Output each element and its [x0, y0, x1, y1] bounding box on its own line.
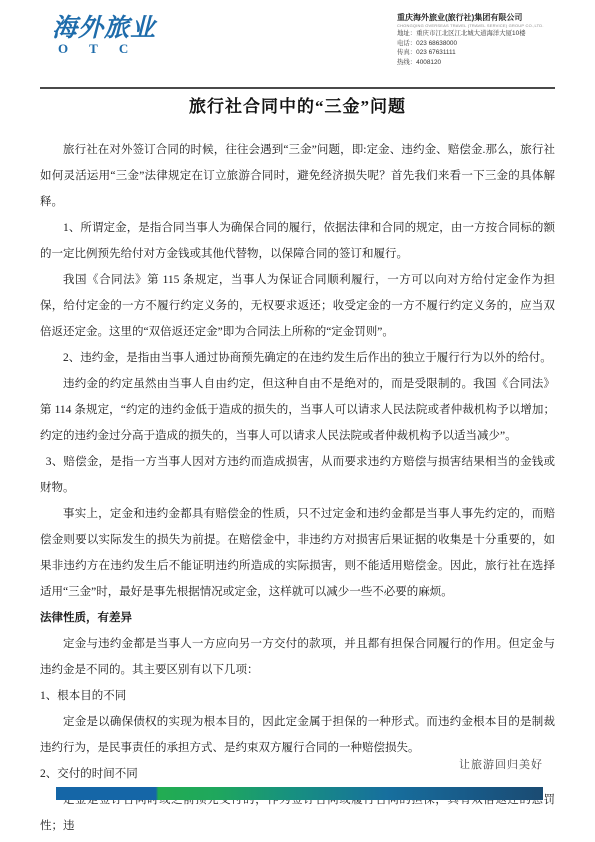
paragraph: 定金与违约金都是当事人一方应向另一方交付的款项，并且都有担保合同履行的作用。但定… — [40, 631, 555, 683]
document-body: 旅行社在对外签订合同的时候，往往会遇到“三金”问题，即:定金、违约金、赔偿金.那… — [40, 137, 555, 839]
footer-gradient-bar — [56, 787, 543, 800]
paragraph: 旅行社在对外签订合同的时候，往往会遇到“三金”问题，即:定金、违约金、赔偿金.那… — [40, 137, 555, 215]
document-page: 海外旅业 O T C 重庆海外旅业(旅行社)集团有限公司 CHONGQING O… — [0, 0, 595, 842]
company-fax: 传真：023 67631111 — [397, 48, 555, 58]
footer-slogan: 让旅游回归美好 — [459, 756, 543, 772]
company-name: 重庆海外旅业(旅行社)集团有限公司 — [397, 13, 555, 23]
paragraph: 法律性质，有差异 — [40, 605, 555, 631]
company-phone: 电话：023 68638000 — [397, 39, 555, 49]
paragraph: 定金是以确保债权的实现为根本目的，因此定金属于担保的一种形式。而违约金根本目的是… — [40, 709, 555, 761]
company-hotline: 热线：4008120 — [397, 58, 555, 68]
company-name-english: CHONGQING OVERSEAS TRAVEL (TRAVEL SERVIC… — [397, 23, 555, 29]
paragraph: 违约金的约定虽然由当事人自由约定，但这种自由不是绝对的，而是受限制的。我国《合同… — [40, 371, 555, 449]
paragraph: 1、根本目的不同 — [40, 683, 555, 709]
paragraph: 3、赔偿金，是指一方当事人因对方违约而造成损害，从而要求违约方赔偿与损害结果相当… — [40, 449, 555, 501]
company-logo: 海外旅业 O T C — [52, 16, 162, 55]
paragraph: 2、违约金，是指由当事人通过协商预先确定的在违约发生后作出的独立于履行行为以外的… — [40, 345, 555, 371]
paragraph: 事实上，定金和违约金都具有赔偿金的性质，只不过定金和违约金都是当事人事先约定的，… — [40, 501, 555, 605]
logo-wordmark: 海外旅业 — [52, 16, 162, 41]
letterhead-divider — [40, 87, 555, 89]
company-address: 地址：重庆市江北区江北城大道海洋大厦10楼 — [397, 29, 555, 39]
company-info-block: 重庆海外旅业(旅行社)集团有限公司 CHONGQING OVERSEAS TRA… — [397, 13, 555, 68]
logo-acronym: O T C — [58, 42, 162, 55]
paragraph: 1、所谓定金，是指合同当事人为确保合同的履行，依据法律和合同的规定，由一方按合同… — [40, 215, 555, 267]
paragraph: 我国《合同法》第 115 条规定，当事人为保证合同顺利履行，一方可以向对方给付定… — [40, 267, 555, 345]
page-title: 旅行社合同中的“三金”问题 — [0, 92, 595, 117]
